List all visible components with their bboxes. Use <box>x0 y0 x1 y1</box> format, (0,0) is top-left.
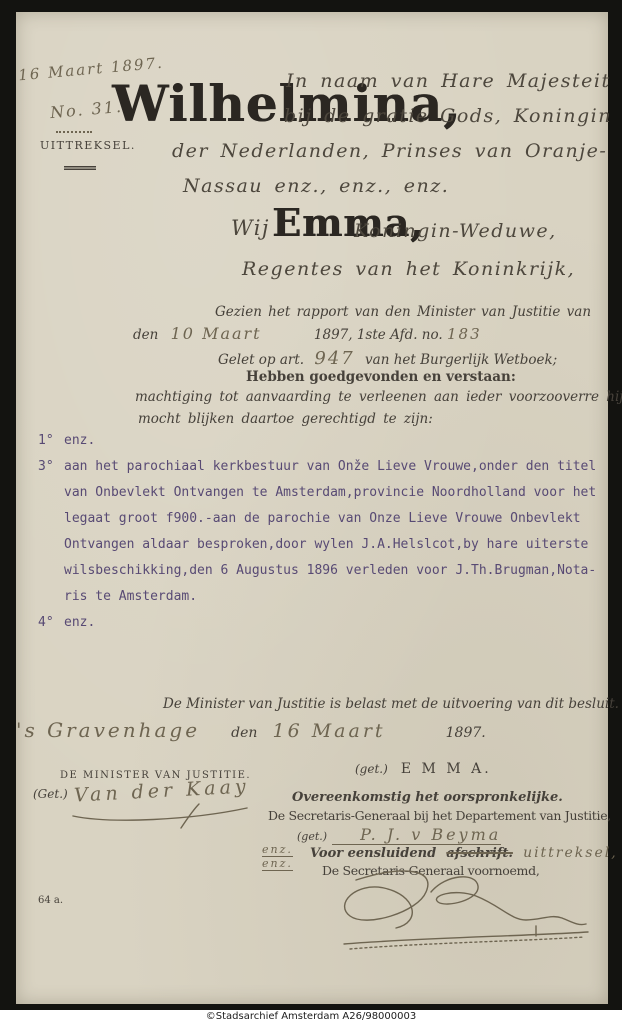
place-handwritten: 's Gravenhage <box>16 718 200 742</box>
uittreksel-handwritten: uittreksel, <box>517 845 618 861</box>
place-date-line: 's Gravenhage den 16 Maart 1897. <box>16 718 486 742</box>
year-printed: 1897 <box>274 327 348 343</box>
secretaris-line: De Secretaris-Generaal bij het Departeme… <box>268 808 611 823</box>
photo-frame: 16 Maart 1897. No. 31. UITTREKSEL. Wilhe… <box>0 0 622 1010</box>
typed-item-3-line-1: aan het parochiaal kerkbestuur van Onže … <box>64 459 596 474</box>
header-line-1: In naam van Hare Majesteit <box>286 70 611 92</box>
minister-execution-line: De Minister van Justitie is belast met d… <box>163 696 622 712</box>
margin-enz-1: enz. <box>262 843 293 857</box>
typed-item-3-line-6: ris te Amsterdam. <box>64 589 197 604</box>
header-line-4: Nassau enz., enz., enz. <box>183 175 449 197</box>
den-label: den <box>133 327 158 343</box>
typed-item-4-text: enz. <box>64 615 95 630</box>
den-label-2: den <box>205 725 257 741</box>
header-line-3: der Nederlanden, Prinses van Oranje- <box>172 140 607 162</box>
uittreksel-label: UITTREKSEL. <box>40 139 136 152</box>
voor-eensluidend-line: Voor eensluidend afschrift. uittreksel, <box>310 845 618 861</box>
emma-subtitle: Koningin-Weduwe, <box>354 220 557 242</box>
typed-item-4-number: 4° <box>38 615 54 630</box>
wij-label: Wij <box>231 216 270 240</box>
secretaris-signed-line: (get.) P. J. v Beyma <box>297 825 501 844</box>
header-line-2: bij de gratie Gods, Koningin <box>284 105 612 127</box>
besluit-heading: Hebben goedgevonden en verstaan: <box>246 369 516 385</box>
margin-enz-2: enz. <box>262 857 293 871</box>
scan-page: 16 Maart 1897. No. 31. UITTREKSEL. Wilhe… <box>0 0 622 1024</box>
get-label-secretaris: (get.) <box>297 830 327 843</box>
emma-signed-name: E M M A. <box>393 761 492 777</box>
typed-item-3-line-2: van Onbevlekt Ontvangen te Amsterdam,pro… <box>64 485 596 500</box>
closing-date-handwritten: 16 Maart <box>263 720 386 742</box>
regentes-line: Regentes van het Koninkrijk, <box>242 258 575 280</box>
typed-item-3-line-4: Ontvangen aldaar besproken,door wylen J.… <box>64 537 588 552</box>
margin-dotted-rule <box>56 131 92 133</box>
typed-item-3-number: 3° <box>38 459 54 474</box>
secretaris-signature: P. J. v Beyma <box>332 825 501 845</box>
emma-signature-line: (get.) E M M A. <box>355 758 492 777</box>
minister-execution-text: De Minister van Justitie is belast met d… <box>163 696 619 712</box>
get-label: (get.) <box>355 762 388 776</box>
typed-item-1-text: enz. <box>64 433 95 448</box>
gelet-label-2: van het Burgerlijk Wetboek; <box>365 352 557 368</box>
archive-caption: ©Stadsarchief Amsterdam A26/98000003 <box>0 1011 622 1022</box>
art-number-handwritten: 947 <box>308 348 360 369</box>
minister-signature-flourish <box>71 802 251 830</box>
conform-line: Overeenkomstig het oorspronkelijke. <box>292 790 563 805</box>
typed-item-1-number: 1° <box>38 433 54 448</box>
form-number: 64 a. <box>38 895 63 906</box>
machtiging-line-1: machtiging tot aanvaarding te verleenen … <box>135 389 622 405</box>
get-label-minister: (Get.) <box>33 787 68 801</box>
typed-item-3-line-5: wilsbeschikking,den 6 Augustus 1896 verl… <box>64 563 596 578</box>
document-paper: 16 Maart 1897. No. 31. UITTREKSEL. Wilhe… <box>16 12 608 1004</box>
date-line: den 10 Maart 1897, 1ste Afd. no. 183 <box>133 324 482 343</box>
machtiging-line-2: mocht blijken daartoe gerechtigd te zijn… <box>138 411 433 427</box>
margin-thick-rule <box>64 166 96 170</box>
voor-eensluidend-label: Voor eensluidend <box>310 846 436 861</box>
gelet-line: Gelet op art. 947 van het Burgerlijk Wet… <box>218 348 557 369</box>
gelet-label: Gelet op art. <box>218 352 304 368</box>
afd-number-handwritten: 183 <box>447 325 482 343</box>
afschrift-struck: afschrift. <box>440 846 513 861</box>
afd-label: , 1ste Afd. no. <box>348 327 442 343</box>
date-handwritten: 10 Maart <box>163 324 270 343</box>
gezien-line: Gezien het rapport van den Minister van … <box>215 304 591 320</box>
typed-item-3-line-3: legaat groot f900.-aan de parochie van O… <box>64 511 581 526</box>
closing-year: 1897. <box>391 725 486 741</box>
secretary-signature-flourish <box>326 862 596 962</box>
